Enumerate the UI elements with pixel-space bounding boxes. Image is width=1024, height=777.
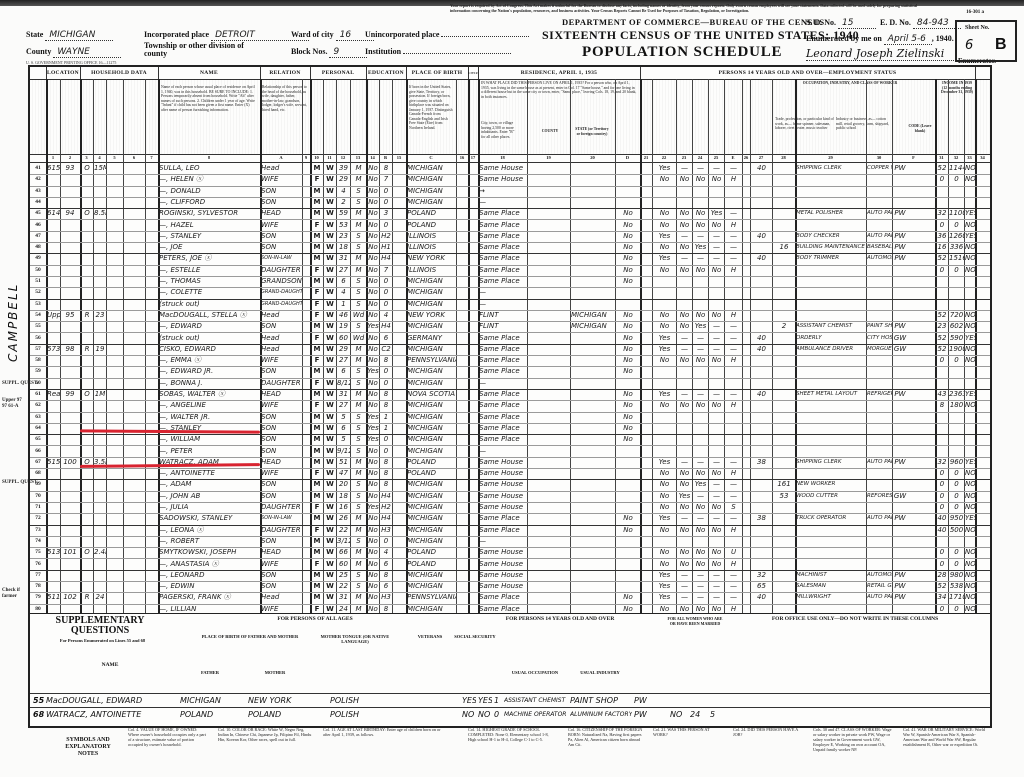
cell-house <box>47 446 60 457</box>
cell-age: 31 <box>337 592 350 603</box>
cell-farm <box>107 570 123 581</box>
all-ages-header: FOR PERSONS OF ALL AGES <box>175 616 455 622</box>
cell-weeks <box>773 457 795 468</box>
cell-wages: 500 <box>949 525 964 536</box>
population-table: LOCATION HOUSEHOLD DATA NAME RELATION PE… <box>28 65 992 617</box>
cell-other-income: NO <box>965 163 975 174</box>
cell-race: W <box>324 231 336 242</box>
explanatory-notes: SYMBOLS AND EXPLANATORY NOTES Col. 4. VA… <box>28 727 988 775</box>
cell-w23: No <box>693 265 708 276</box>
cell-weeks-worked: 0 <box>936 547 948 558</box>
cell-other-income <box>965 536 975 547</box>
cell-wages: 0 <box>949 220 964 231</box>
cell-weeks-worked: 52 <box>936 310 948 321</box>
cell-hours <box>751 310 772 321</box>
industry-header: Industry or business, as— cotton mill, r… <box>836 117 892 131</box>
sd-value: 15 <box>838 18 876 29</box>
note-col24: Col. 24. DID THIS PERSON HAVE A JOB? <box>733 727 803 737</box>
cell-own <box>81 378 93 389</box>
cell-other-income: NO <box>965 502 975 513</box>
cell-relation: SON <box>261 423 302 434</box>
cell-other-income: YES <box>965 389 975 400</box>
cell-w24 <box>709 287 724 298</box>
cell-value <box>94 265 106 276</box>
cell-other-income: NO <box>965 242 975 253</box>
cell-res-county <box>528 231 570 242</box>
cell-name: —, HELEN ⓧ <box>159 174 260 185</box>
cell-house <box>47 366 60 377</box>
cell-w21: Yes <box>653 513 676 524</box>
cell-cls <box>893 547 907 558</box>
cell-w21: Yes <box>653 333 676 344</box>
cell-visit: 99 <box>61 389 79 400</box>
cell-farm35: No <box>616 231 640 242</box>
ward-field: Ward of city 16 <box>291 30 374 41</box>
cell-farm35: No <box>616 355 640 366</box>
cell-value <box>94 242 106 253</box>
cell-race: W <box>324 378 336 389</box>
cell-industry <box>867 355 892 366</box>
cell-w21: Yes <box>653 457 676 468</box>
cell-weeks-worked <box>936 446 948 457</box>
cell-race: W <box>324 457 336 468</box>
cell-w24 <box>709 366 724 377</box>
cell-occupation <box>796 536 866 547</box>
state-value: MICHIGAN <box>45 30 113 41</box>
cell-other-income: YES <box>965 333 975 344</box>
supp-father-birthplace: MICHIGAN <box>180 694 242 707</box>
cell-visit <box>61 536 79 547</box>
cell-grade: 0 <box>380 434 392 445</box>
cell-age: 18 <box>337 242 350 253</box>
cell-farm <box>107 592 123 603</box>
street-name: CAMPBELL <box>6 283 20 362</box>
cell-res-city: Same House <box>479 547 527 558</box>
cell-w24: No <box>709 525 724 536</box>
cell-school: No <box>367 400 379 411</box>
cell-hours: 38 <box>751 457 772 468</box>
department-title: DEPARTMENT OF COMMERCE—BUREAU OF THE CEN… <box>562 17 825 27</box>
cell-hours <box>751 197 772 208</box>
cell-farm <box>107 163 123 174</box>
cell-line: 66 <box>30 446 46 457</box>
state-header: STATE (or Territory or foreign country) <box>573 127 611 136</box>
cell-occupation <box>796 276 866 287</box>
cell-sex: F <box>311 468 323 479</box>
cell-cls <box>893 355 907 366</box>
cell-res-city: Same Place <box>479 389 527 400</box>
cell-house <box>47 253 60 264</box>
cell-school: No <box>367 208 379 219</box>
cell-cls: GW <box>893 344 907 355</box>
cell-race: W <box>324 513 336 524</box>
cell-visit: 98 <box>61 344 79 355</box>
cell-w25: H <box>725 310 742 321</box>
note-col11: Col. 11. AGE AT LAST BIRTHDAY: Enter age… <box>323 727 443 737</box>
cell-line: 61 <box>30 389 46 400</box>
cell-grade: 3 <box>380 208 392 219</box>
cell-house <box>47 559 60 570</box>
cell-w24: — <box>709 321 724 332</box>
cell-school: No <box>367 253 379 264</box>
cell-res-state <box>571 457 615 468</box>
cell-house <box>47 513 60 524</box>
cell-res-city: — <box>479 299 527 310</box>
cell-farm35: No <box>616 242 640 253</box>
cell-hours: 40 <box>751 389 772 400</box>
cell-age: 59 <box>337 208 350 219</box>
cell-farm35: No <box>616 333 640 344</box>
cell-age: 5 <box>337 434 350 445</box>
cell-race: W <box>324 310 336 321</box>
cell-cls: PW <box>893 231 907 242</box>
cell-own <box>81 220 93 231</box>
occupation-header: Trade, profession, or particular kind of… <box>775 117 835 131</box>
cell-occupation <box>796 525 866 536</box>
note-col41: Col. 41. WAR OR MILITARY SERVICE: World … <box>903 727 988 747</box>
cell-cls: PW <box>893 389 907 400</box>
cell-own <box>81 502 93 513</box>
cell-res-county <box>528 457 570 468</box>
cell-race: W <box>324 344 336 355</box>
cell-relation: HEAD <box>261 457 302 468</box>
cell-wages <box>949 536 964 547</box>
cell-farm <box>107 479 123 490</box>
cell-marital: M <box>351 355 366 366</box>
cell-w22: — <box>677 253 692 264</box>
cell-occupation: SALESMAN <box>796 581 866 592</box>
cell-marital: S <box>351 242 366 253</box>
cell-w21: No <box>653 242 676 253</box>
cell-hours <box>751 525 772 536</box>
cell-marital: S <box>351 446 366 457</box>
cell-sex: M <box>311 208 323 219</box>
cell-farm35: No <box>616 220 640 231</box>
cell-hours <box>751 378 772 389</box>
cell-res-state <box>571 581 615 592</box>
cell-farm35 <box>616 547 640 558</box>
cell-hours <box>751 321 772 332</box>
cell-own <box>81 366 93 377</box>
cell-school: No <box>367 479 379 490</box>
column-number: 1 <box>46 154 60 162</box>
cell-hours <box>751 434 772 445</box>
cell-cls <box>893 174 907 185</box>
cell-hours <box>751 400 772 411</box>
cell-w24 <box>709 197 724 208</box>
cell-race: W <box>324 446 336 457</box>
cell-weeks <box>773 400 795 411</box>
office-use-header: FOR OFFICE USE ONLY—DO NOT WRITE IN THES… <box>730 616 980 622</box>
cell-w25: — <box>725 457 742 468</box>
cell-line: 44 <box>30 197 46 208</box>
cell-hours <box>751 446 772 457</box>
cell-sex: M <box>311 570 323 581</box>
cell-school: No <box>367 287 379 298</box>
cell-relation: Head <box>261 333 302 344</box>
column-number: F <box>892 154 935 162</box>
cell-relation: DAUGHTER <box>261 265 302 276</box>
cell-sex: M <box>311 344 323 355</box>
cell-school: No <box>367 513 379 524</box>
cell-name: PETERS, JOE ⓧ <box>159 253 260 264</box>
cell-farm <box>107 525 123 536</box>
cell-cls <box>893 276 907 287</box>
cell-w25: — <box>725 333 742 344</box>
cell-res-county <box>528 570 570 581</box>
cell-w22: No <box>677 355 692 366</box>
cell-visit <box>61 333 79 344</box>
cell-grade: 8 <box>380 479 392 490</box>
cell-hours <box>751 208 772 219</box>
cell-sex: F <box>311 378 323 389</box>
cell-race: W <box>324 276 336 287</box>
cell-school: No <box>367 378 379 389</box>
cell-weeks <box>773 355 795 366</box>
cell-w21 <box>653 536 676 547</box>
cell-grade: 6 <box>380 559 392 570</box>
cell-other-income: NO <box>965 310 975 321</box>
cell-farm35 <box>616 378 640 389</box>
cell-industry <box>867 446 892 457</box>
cell-farm35 <box>616 299 640 310</box>
cell-cls: PW <box>893 581 907 592</box>
cell-res-city: Same Place <box>479 434 527 445</box>
cell-w23: — <box>693 231 708 242</box>
cell-name: —, WALTER JR. <box>159 412 260 423</box>
column-number: 7 <box>145 154 158 162</box>
cell-hours <box>751 536 772 547</box>
cell-w24 <box>709 378 724 389</box>
enumerated-date-value: April 5-6 <box>884 34 932 45</box>
note-col10: Col. 10. COLOR OR RACE: White W, Negro N… <box>218 727 313 742</box>
cell-marital: S <box>351 412 366 423</box>
cell-w25: — <box>725 163 742 174</box>
cell-name: —, ANASTASIA ⓧ <box>159 559 260 570</box>
cell-w23: — <box>693 253 708 264</box>
column-number: 20 <box>570 154 615 162</box>
cell-line: 51 <box>30 276 46 287</box>
column-number: A <box>260 154 302 162</box>
cell-weeks <box>773 581 795 592</box>
supp-name: MacDOUGALL, EDWARD <box>46 694 174 707</box>
cell-house <box>47 412 60 423</box>
cell-other-income: NO <box>965 559 975 570</box>
cell-w23: — <box>693 163 708 174</box>
cell-value <box>94 559 106 570</box>
block-field: Block Nos. 9 <box>291 47 367 58</box>
cell-marital: M <box>351 559 366 570</box>
cell-birthplace: ILLINOIS <box>407 242 456 253</box>
cell-relation: SON <box>261 242 302 253</box>
cell-race: W <box>324 547 336 558</box>
cell-w22: — <box>677 581 692 592</box>
cell-school: No <box>367 547 379 558</box>
cell-house: 6151 <box>47 163 60 174</box>
supp-mother-birthplace: POLAND <box>248 708 310 721</box>
cell-marital: M <box>351 525 366 536</box>
cell-cls: GW <box>893 491 907 502</box>
cell-house <box>47 231 60 242</box>
cell-sex: M <box>311 581 323 592</box>
cell-farm35: No <box>616 310 640 321</box>
cell-relation: SON <box>261 366 302 377</box>
cell-w21 <box>653 299 676 310</box>
cell-w23: — <box>693 344 708 355</box>
cell-sex: M <box>311 446 323 457</box>
cell-age: 3/12 <box>337 536 350 547</box>
cell-w25: H <box>725 174 742 185</box>
cell-res-state <box>571 287 615 298</box>
cell-grade: 1 <box>380 412 392 423</box>
cell-relation: SON <box>261 231 302 242</box>
cell-visit <box>61 321 79 332</box>
cell-visit <box>61 570 79 581</box>
cell-race: W <box>324 592 336 603</box>
cell-weeks <box>773 412 795 423</box>
cell-w24: — <box>709 333 724 344</box>
cell-w21: No <box>653 547 676 558</box>
cell-house <box>47 570 60 581</box>
cell-marital: M <box>351 253 366 264</box>
cell-age: 4 <box>337 287 350 298</box>
cell-line: 41 <box>30 163 46 174</box>
cell-wages: 590 <box>949 333 964 344</box>
cell-res-county <box>528 479 570 490</box>
cell-farm <box>107 581 123 592</box>
cell-farm <box>107 310 123 321</box>
cell-w23: — <box>693 570 708 581</box>
cell-relation: WIFE <box>261 400 302 411</box>
cell-name: PAGERSKI, FRANK ⓧ <box>159 592 260 603</box>
cell-cls <box>893 400 907 411</box>
cell-wages: 950 <box>949 513 964 524</box>
cell-sex: M <box>311 457 323 468</box>
cell-w25: H <box>725 265 742 276</box>
cell-hours <box>751 412 772 423</box>
cell-relation: SON <box>261 536 302 547</box>
cell-res-city: Same Place <box>479 513 527 524</box>
cell-weeks: 161 <box>773 479 795 490</box>
cell-line: 48 <box>30 242 46 253</box>
cell-res-state <box>571 174 615 185</box>
cell-res-county <box>528 502 570 513</box>
cell-name: SOBAS, WALTER ⓧ <box>159 389 260 400</box>
cell-age: 22 <box>337 581 350 592</box>
cell-line: 59 <box>30 366 46 377</box>
cell-house <box>47 265 60 276</box>
cell-other-income: NO <box>965 265 975 276</box>
county-value: WAYNE <box>53 47 121 58</box>
cell-visit <box>61 220 79 231</box>
cell-farm35 <box>616 581 640 592</box>
cell-farm35: No <box>616 389 640 400</box>
cell-w22: — <box>677 231 692 242</box>
column-number: 2 <box>60 154 80 162</box>
cell-marital: S <box>351 378 366 389</box>
cell-school: No <box>367 163 379 174</box>
cell-grade: 0 <box>380 378 392 389</box>
cell-relation: WIFE <box>261 559 302 570</box>
cell-birthplace: POLAND <box>407 468 456 479</box>
cell-farm <box>107 197 123 208</box>
cell-birthplace: PENNSYLVANIA <box>407 592 456 603</box>
cell-res-city: Same Place <box>479 344 527 355</box>
cell-school: No <box>367 389 379 400</box>
cell-hours: 32 <box>751 570 772 581</box>
cell-marital: S <box>351 231 366 242</box>
cell-sex: M <box>311 231 323 242</box>
cell-w22: No <box>677 242 692 253</box>
cell-race: W <box>324 366 336 377</box>
cell-own: R <box>81 344 93 355</box>
cell-industry <box>867 547 892 558</box>
cell-line: 50 <box>30 265 46 276</box>
cell-farm <box>107 502 123 513</box>
cell-birthplace: ILLINOIS <box>407 231 456 242</box>
cell-relation: SON <box>261 570 302 581</box>
cell-weeks-worked: 40 <box>936 525 948 536</box>
cell-res-county <box>528 276 570 287</box>
cell-house <box>47 479 60 490</box>
cell-occupation: SHIPPING CLERK <box>796 163 866 174</box>
cell-w23 <box>693 446 708 457</box>
cell-weeks-worked: 8 <box>936 400 948 411</box>
cell-line: 70 <box>30 491 46 502</box>
cell-visit: 94 <box>61 208 79 219</box>
cell-weeks <box>773 265 795 276</box>
column-number: 29 <box>795 154 866 162</box>
name-instructions: Name of each person whose usual place of… <box>161 85 257 112</box>
cell-w25: — <box>725 581 742 592</box>
cell-w23: No <box>693 174 708 185</box>
cell-res-state <box>571 389 615 400</box>
cell-name: (struck out) <box>159 299 260 310</box>
cell-cls <box>893 299 907 310</box>
cell-visit <box>61 197 79 208</box>
cell-w22: No <box>677 174 692 185</box>
cell-cls <box>893 525 907 536</box>
cell-other-income: NO <box>965 570 975 581</box>
cell-weeks-worked <box>936 186 948 197</box>
cell-weeks: 16 <box>773 242 795 253</box>
cell-res-city: — <box>479 197 527 208</box>
cell-cls: GW <box>893 333 907 344</box>
cell-industry <box>867 434 892 445</box>
cell-value <box>94 231 106 242</box>
cell-res-state <box>571 412 615 423</box>
cell-school: No <box>367 344 379 355</box>
cell-marital: Wd <box>351 310 366 321</box>
cell-industry: PAINT SHOP <box>867 321 892 332</box>
cell-wages: 0 <box>949 547 964 558</box>
cell-name: —, HAZEL <box>159 220 260 231</box>
cell-weeks <box>773 378 795 389</box>
cell-res-city: Same Place <box>479 220 527 231</box>
cell-race: W <box>324 287 336 298</box>
cell-res-county <box>528 355 570 366</box>
supp-usual-occupation: MACHINE OPERATOR <box>504 708 566 721</box>
cell-relation: SON <box>261 479 302 490</box>
occupation-section-header: OCCUPATION, INDUSTRY, AND CLASS OF WORKE… <box>775 81 925 86</box>
cell-weeks <box>773 513 795 524</box>
cell-res-city: Same House <box>479 570 527 581</box>
cell-house <box>47 299 60 310</box>
cell-own <box>81 570 93 581</box>
cell-cls: PW <box>893 321 907 332</box>
cell-sex: F <box>311 400 323 411</box>
cell-w24: — <box>709 457 724 468</box>
